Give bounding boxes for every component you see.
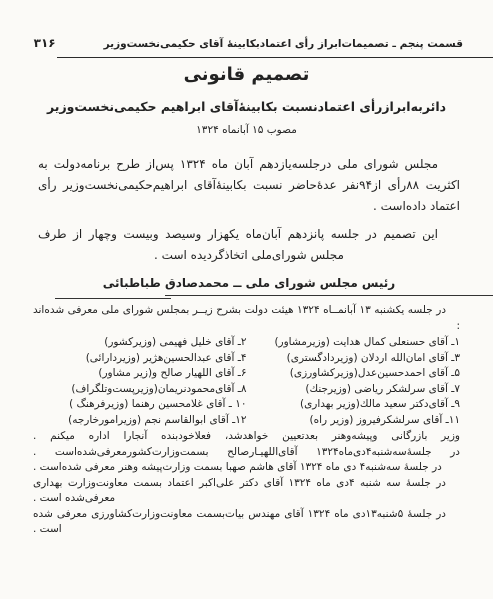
minister-item: ۷ـ آقای سرلشکر ریاضی (وزیرجنك) — [247, 382, 461, 398]
page-title: تصمیم قانونی — [0, 64, 493, 85]
adoption-paragraph: این تصمیم در جلسه پانزدهم آبان‌ماه یکهزا… — [38, 224, 460, 266]
decision-subtitle: دائربه‌ابرازرأی اعتمادنسبت بکابینهٔ‌آقای… — [0, 99, 493, 114]
page-header: قسمت پنجم ـ تصمیمات ابراز رأی اعتمادبکاب… — [28, 36, 463, 50]
running-title: ابراز رأی اعتمادبکابینهٔ آقای حکیمی‌نخست… — [104, 38, 342, 50]
footnote-note-bayat: در جلسهٔ ۵شنبه۱۳دی ماه ۱۳۲۴ آقای مهندس ب… — [33, 507, 460, 538]
section-label: قسمت پنجم ـ تصمیمات — [342, 38, 463, 50]
section-divider-left — [55, 298, 171, 299]
minister-item: ۲ـ آقای خلیل فهیمی (وزیرکشور) — [33, 335, 247, 351]
footnote-section: در جلسه یکشنبه ۱۳ آبانمــاه ۱۳۲۴ هیئت دو… — [33, 303, 460, 538]
approval-date: مصوب ۱۵ آبانماه ۱۳۲۴ — [0, 124, 493, 136]
footnote-note-sahba: در جلسهٔ سه‌شنبه۴ دی ماه ۱۳۲۴ آقای هاشم … — [33, 460, 460, 476]
ministers-row: ۱۱ـ آقای سرلشکرفیروز (وزیر راه) ۱۲ـ آقای… — [33, 413, 460, 429]
footnote-note-etemad: در جلسهٔ سه شنبه ۴دی ماه ۱۳۲۴ آقای دکتر … — [33, 476, 460, 507]
footnote-note-commerce: وزیر بازرگانی وپیشه‌وهنر بعدتعیین خواهدش… — [33, 429, 460, 445]
ministers-row: ۱ـ آقای حسنعلی کمال هدایت (وزیرمشاور) ۲ـ… — [33, 335, 460, 351]
minister-item: ۳ـ آقای امان‌الله اردلان (وزیردادگستری) — [247, 351, 461, 367]
minister-item: ۴ـ آقای عبدالحسین‌هژیر (وزیردارائی) — [33, 351, 247, 367]
vote-paragraph: مجلس شورای ملی درجلسه‌یازدهم آبان ماه ۱۳… — [38, 154, 460, 217]
page-number: ۳۱۶ — [34, 36, 56, 50]
ministers-row: ۵ـ آقای احمدحسین‌عدل(وزیرکشاورزی) ۶ـ آقا… — [33, 366, 460, 382]
signature-line: رئیس مجلس شورای ملی ــ محمدصادق طباطبائی — [38, 273, 460, 294]
header-rule — [57, 57, 493, 58]
minister-item: ۸ـ آقای‌محمودنریمان(وزیرپست‌وتلگراف) — [33, 382, 247, 398]
minister-item: ۵ـ آقای احمدحسین‌عدل(وزیرکشاورزی) — [247, 366, 461, 382]
minister-item: ۶ـ آقای اللهیار صالح و(زیر مشاور) — [33, 366, 247, 382]
footnote-intro: در جلسه یکشنبه ۱۳ آبانمــاه ۱۳۲۴ هیئت دو… — [33, 303, 460, 334]
minister-item: ۱ـ آقای حسنعلی کمال هدایت (وزیرمشاور) — [247, 335, 461, 351]
document-page: قسمت پنجم ـ تصمیمات ابراز رأی اعتمادبکاب… — [0, 0, 493, 599]
footnote-note-saleh: در جلسهٔ‌سه‌شنبه۴دی‌ماه۱۳۲۴ آقای‌اللهیـا… — [33, 445, 460, 461]
minister-item: ۱۱ـ آقای سرلشکرفیروز (وزیر راه) — [247, 413, 461, 429]
ministers-list: ۱ـ آقای حسنعلی کمال هدایت (وزیرمشاور) ۲ـ… — [33, 335, 460, 428]
decision-body: مجلس شورای ملی درجلسه‌یازدهم آبان ماه ۱۳… — [38, 154, 460, 294]
minister-item: ۹ـ آقای‌دکتر سعید مالك(وزیر بهداری) — [247, 397, 461, 413]
minister-item: ۱۰ ـ آقای غلامحسین رهنما (وزیرفرهنگ ) — [33, 397, 247, 413]
minister-item: ۱۲ـ آقای ابوالقاسم نجم (وزیرامورخارجه) — [33, 413, 247, 429]
ministers-row: ۷ـ آقای سرلشکر ریاضی (وزیرجنك) ۸ـ آقای‌م… — [33, 382, 460, 398]
ministers-row: ۳ـ آقای امان‌الله اردلان (وزیردادگستری) … — [33, 351, 460, 367]
section-divider-right — [165, 295, 493, 296]
ministers-row: ۹ـ آقای‌دکتر سعید مالك(وزیر بهداری) ۱۰ ـ… — [33, 397, 460, 413]
